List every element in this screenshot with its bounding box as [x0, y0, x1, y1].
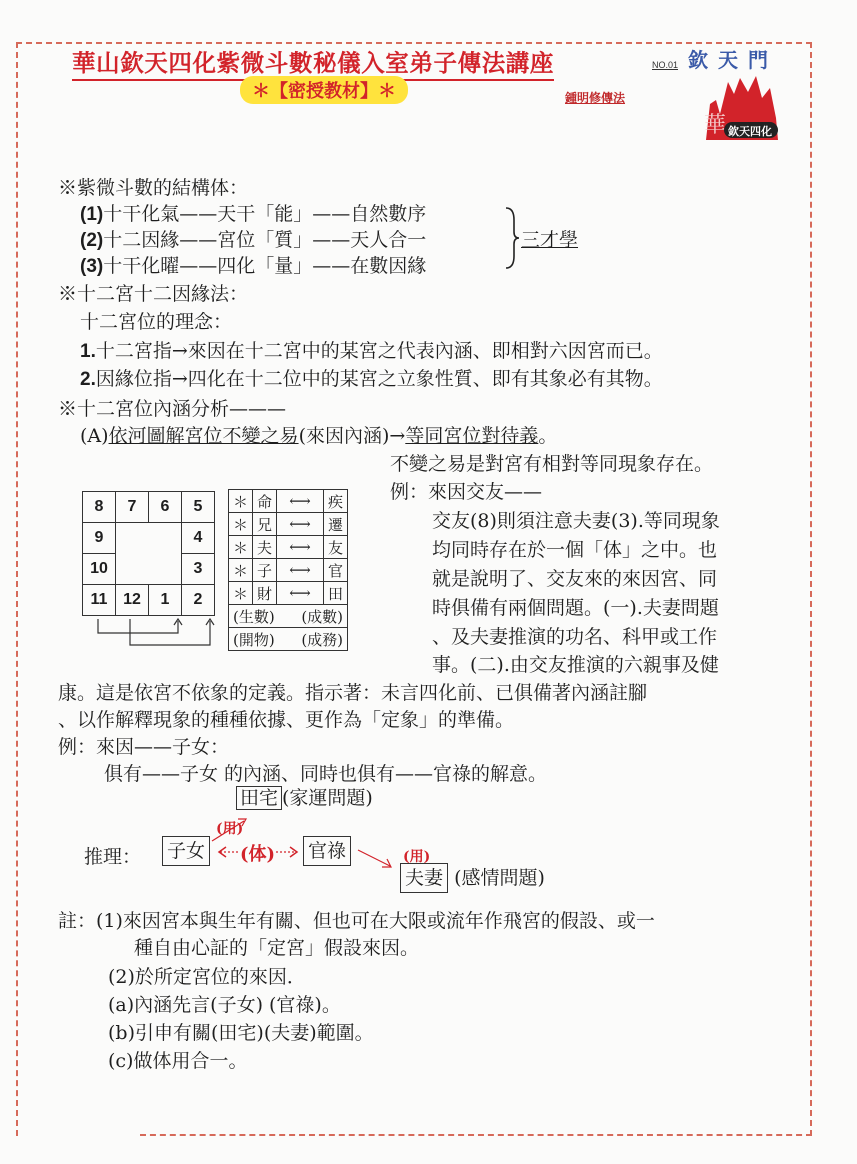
structure-item-3: (3)十干化曜——四化「量」——在數因緣 [80, 255, 426, 278]
palace-cell: 6 [149, 492, 182, 523]
box-zinv: 子女 [162, 840, 210, 862]
section1-heading: ※紫微斗數的結構体： [58, 177, 248, 199]
body-line-4: 俱有——子女 的內涵、同時也俱有——官祿的解意。 [104, 763, 547, 785]
explanation-line-6: 時俱備有兩個問題。(一).夫妻問題 [432, 597, 719, 619]
body-line-3: 例：來因——子女： [58, 736, 229, 758]
note-1: 註：(1)來因宮本與生年有關、但也可在大限或流年作飛宮的假設、或一 [58, 910, 655, 932]
palace-cell: 9 [83, 523, 116, 554]
opposite-palace-table: ＊命⟷疾 ＊兄⟷遷 ＊夫⟷友 ＊子⟷官 ＊財⟷田 (生數)(成數) (開物)(成… [228, 489, 348, 651]
three-talents-label: 三才學 [521, 229, 578, 251]
brace-icon [504, 206, 520, 270]
reasoning-label: 推理： [84, 846, 141, 868]
section3-item-a: (A)依河圖解宮位不變之易(來因內涵)→等同宮位對待義。 [80, 425, 557, 447]
explanation-line-3: 交友(8)則須注意夫妻(3).等同現象 [432, 510, 720, 532]
box-fuqi-row: 夫妻 (感情問題) [400, 867, 545, 889]
palace-cell: 4 [182, 523, 215, 554]
brand-name: 欽天門 [688, 44, 778, 73]
body-line-1: 康。這是依宮不依象的定義。指示著：未言四化前、已俱備著內涵註腳 [58, 682, 647, 704]
tianzhai-box: 田宅 [236, 786, 282, 810]
palace-cell: 11 [83, 585, 116, 616]
palace-cell: 3 [182, 554, 215, 585]
brand-logo: 華 欽天四化 [700, 74, 780, 144]
palace-cell: 8 [83, 492, 116, 523]
svg-text:欽天四化: 欽天四化 [728, 124, 772, 138]
logo-char: 華 [704, 113, 726, 138]
palace-cell: 10 [83, 554, 116, 585]
grid-center [116, 523, 182, 585]
concept-item-2: 2.因緣位指→四化在十二位中的某宮之立象性質、即有其象必有其物。 [80, 368, 663, 391]
explanation-line-4: 均同時存在於一個「体」之中。也 [432, 539, 717, 561]
explanation-line-1: 不變之易是對宮有相對等同現象存在。 [390, 453, 713, 475]
explanation-line-5: 就是說明了、交友來的來因宮、同 [432, 568, 717, 590]
ti-label: (体) [240, 840, 275, 866]
structure-item-2: (2)十二因緣——宮位「質」——天人合一 [80, 229, 426, 252]
note-b: (b)引申有關(田宅)(夫妻)範圍。 [108, 1022, 374, 1044]
use-arrow-2-icon [356, 848, 396, 872]
page-border-bottom [140, 1134, 812, 1136]
pair-footer: (生數)(成數) [229, 605, 348, 628]
note-a: (a)內涵先言(子女) (官祿)。 [108, 994, 341, 1016]
explanation-line-7: 、及夫妻推演的功名、科甲或工作 [432, 626, 717, 648]
section2-subheading: 十二宮位的理念： [80, 311, 232, 333]
palace-cell: 2 [182, 585, 215, 616]
issue-number: NO.01 [652, 60, 678, 70]
twelve-palace-grid: 8 7 6 5 9 4 10 3 11 12 1 2 [82, 491, 215, 616]
palace-cell: 7 [116, 492, 149, 523]
palace-cell: 12 [116, 585, 149, 616]
palace-cell: 1 [149, 585, 182, 616]
pair-footer: (開物)(成務) [229, 628, 348, 651]
section2-heading: ※十二宮十二因緣法： [58, 283, 248, 305]
pair-row: ＊兄⟷遷 [229, 513, 348, 536]
pair-row: ＊命⟷疾 [229, 490, 348, 513]
explanation-line-8: 事。(二).由交友推演的六親事及健 [432, 654, 719, 676]
grid-connector-arrows [82, 617, 222, 647]
pair-row: ＊夫⟷友 [229, 536, 348, 559]
secret-material-badge: ＊【密授教材】＊ [240, 76, 408, 104]
palace-cell: 5 [182, 492, 215, 523]
section3-heading: ※十二宮位內涵分析——— [58, 398, 286, 420]
pair-row: ＊財⟷田 [229, 582, 348, 605]
note-1-cont: 種自由心証的「定宮」假設來因。 [134, 937, 419, 959]
tianzhai-row: 田宅(家運問題) [236, 787, 373, 809]
structure-item-1: (1)十干化氣——天干「能」——自然數序 [80, 203, 426, 226]
note-c: (c)做体用合一。 [108, 1050, 247, 1072]
explanation-line-2: 例：來因交友—— [390, 481, 542, 503]
body-line-2: 、以作解釋現象的種種依據、更作為「定象」的準備。 [58, 709, 514, 731]
box-guanlu: 官祿 [303, 840, 351, 862]
note-2: (2)於所定宮位的來因． [108, 966, 306, 988]
pair-row: ＊子⟷官 [229, 559, 348, 582]
author-credit: 鍾明修傳法 [565, 89, 625, 106]
concept-item-1: 1.十二宮指→來因在十二宮中的某宮之代表內涵、即相對六因宮而已。 [80, 340, 663, 363]
